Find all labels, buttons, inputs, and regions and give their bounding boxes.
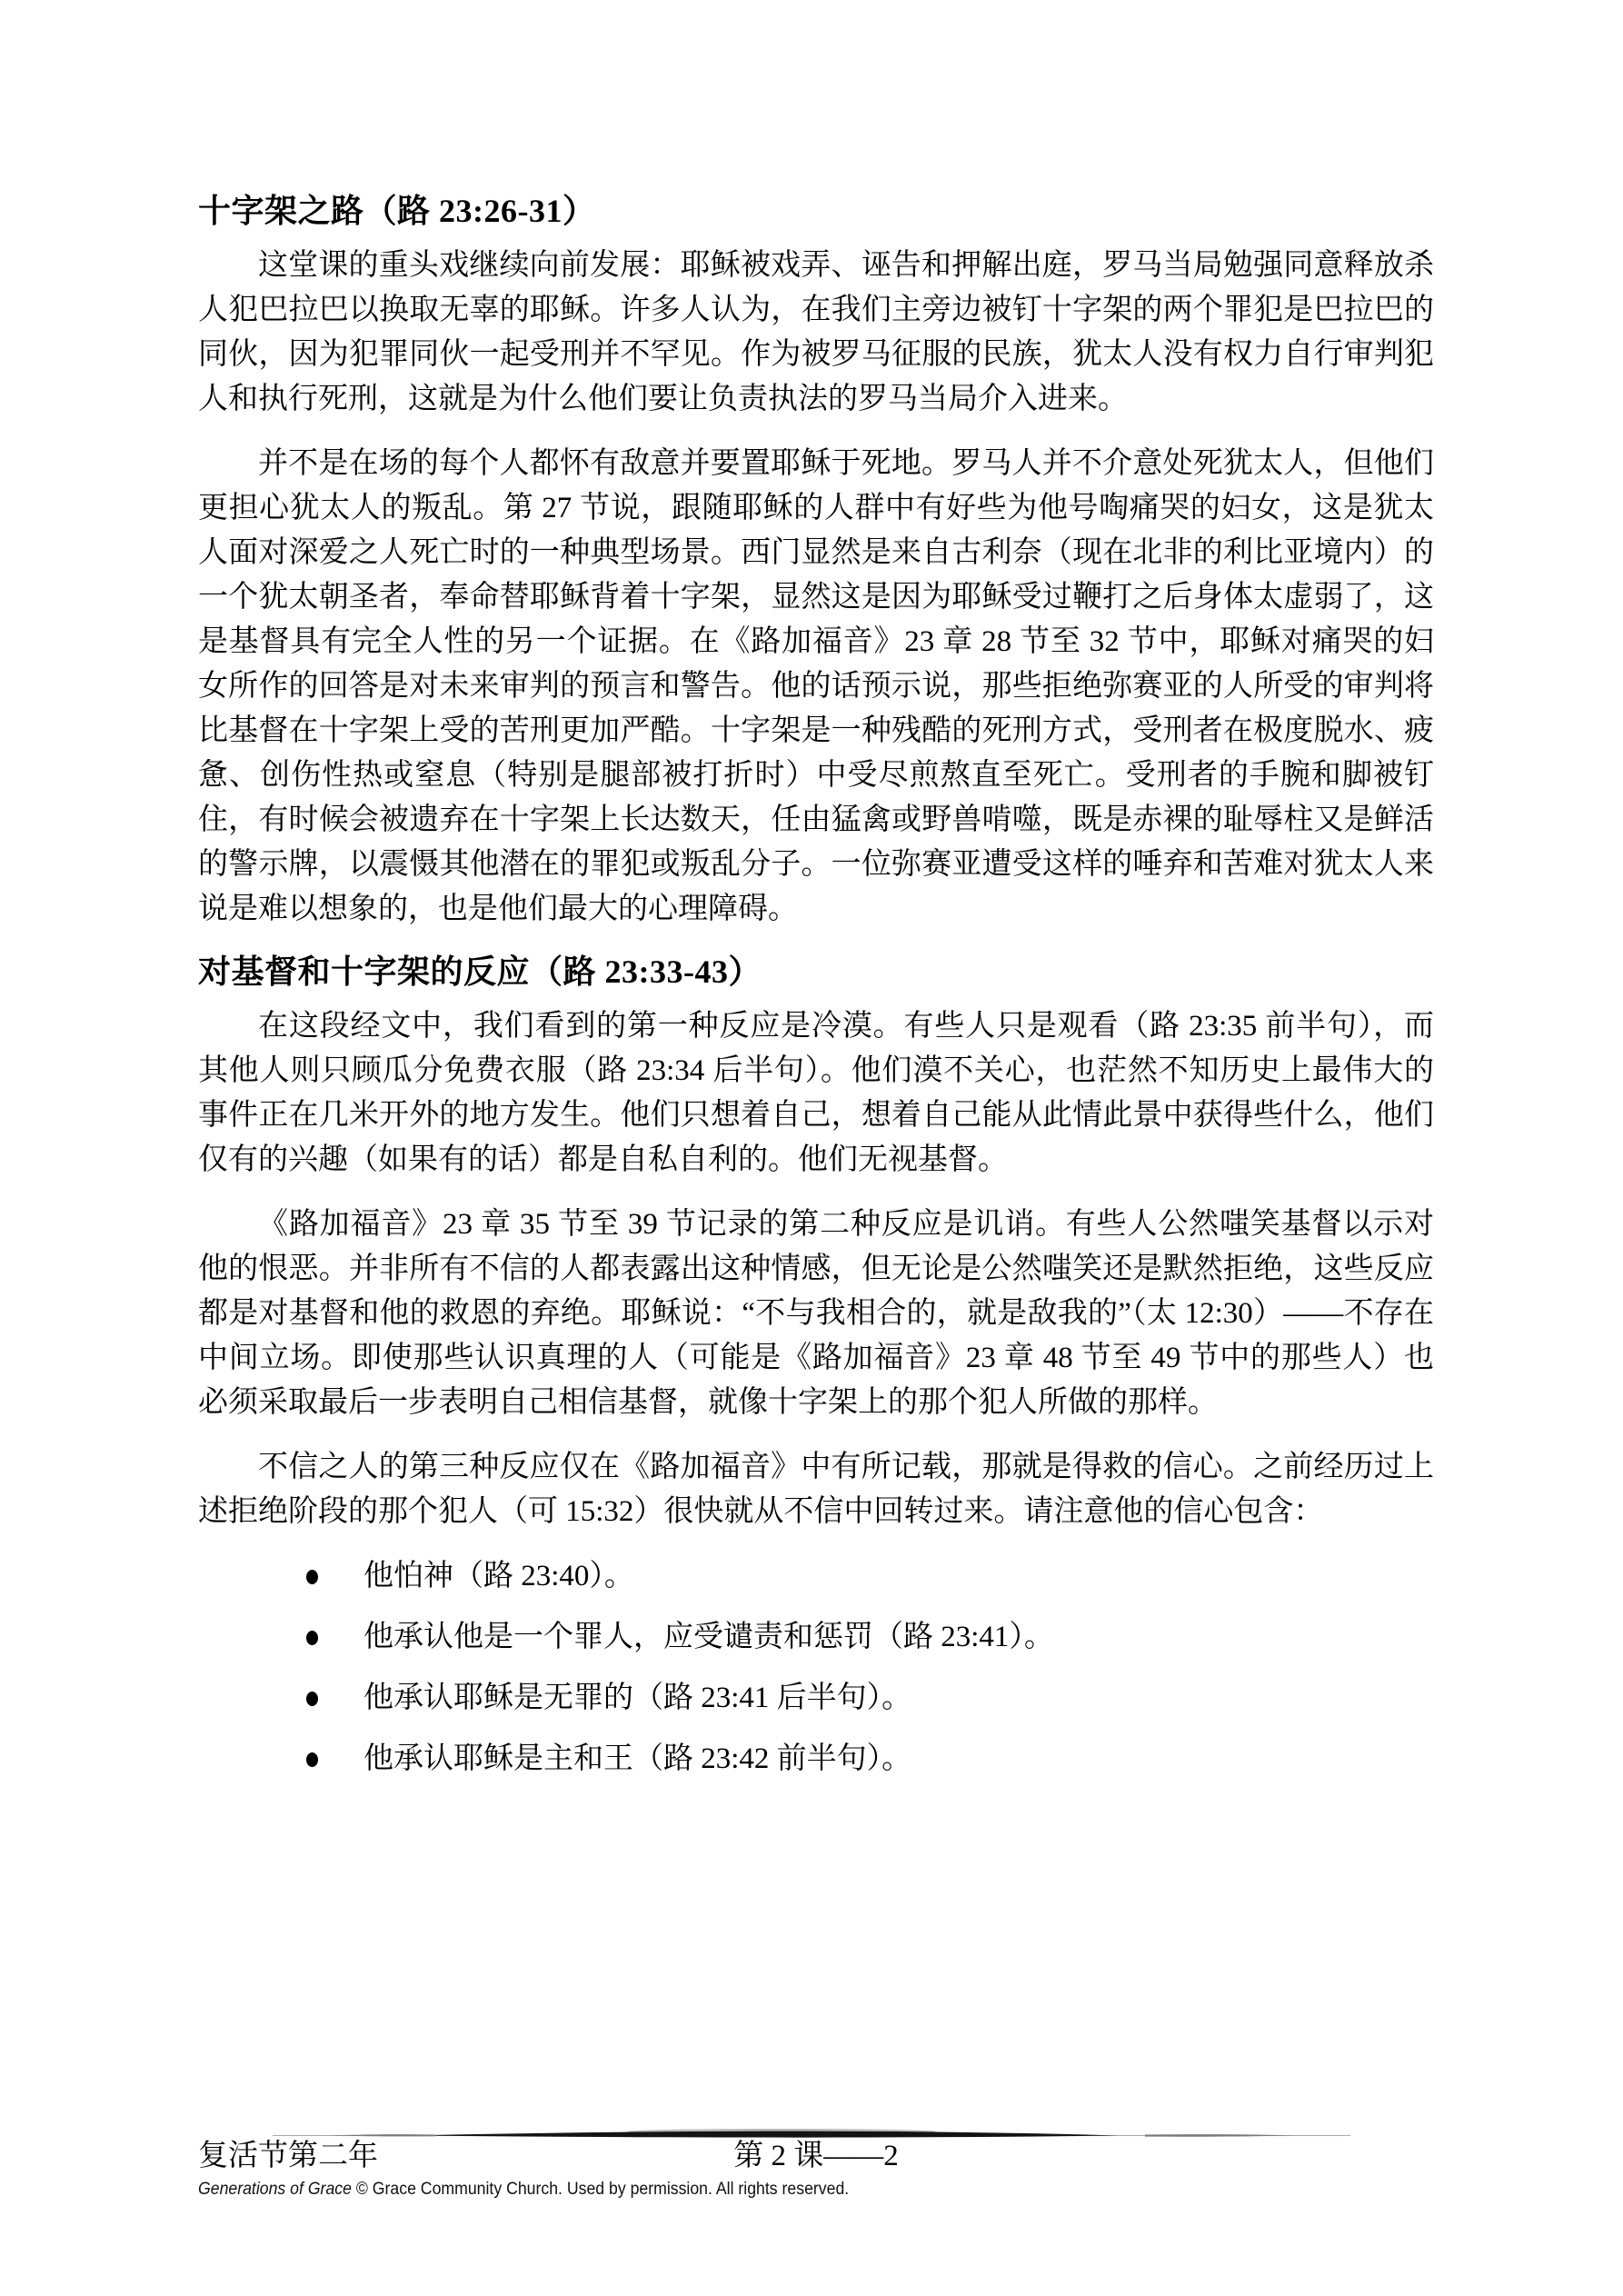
list-item: 他承认耶稣是主和王（路 23:42 前半句）。 <box>306 1737 1434 1782</box>
footer-page-number: 第 2 课——2 <box>198 2138 1434 2174</box>
bullet-icon <box>306 1692 318 1706</box>
paragraph-1: 这堂课的重头戏继续向前发展：耶稣被戏弄、诬告和押解出庭，罗马当局勉强同意释放杀人… <box>198 244 1434 422</box>
footer: 复活节第二年 第 2 课——2 <box>198 2138 1434 2174</box>
list-item-text: 他承认耶稣是主和王（路 23:42 前半句）。 <box>363 1742 911 1775</box>
list-item-text: 他承认他是一个罪人，应受谴责和惩罚（路 23:41）。 <box>363 1621 1054 1653</box>
section-heading-reactions: 对基督和十字架的反应（路 23:33-43） <box>198 952 1434 992</box>
list-item-text: 他承认耶稣是无罪的（路 23:41 后半句）。 <box>363 1682 911 1714</box>
document-body: 十字架之路（路 23:26-31） 这堂课的重头戏继续向前发展：耶稣被戏弄、诬告… <box>198 191 1434 1798</box>
list-item-text: 他怕神（路 23:40）。 <box>363 1560 634 1592</box>
list-item: 他承认他是一个罪人，应受谴责和惩罚（路 23:41）。 <box>306 1615 1434 1660</box>
paragraph-2: 并不是在场的每个人都怀有敌意并要置耶稣于死地。罗马人并不介意处死犹太人，但他们更… <box>198 442 1434 932</box>
copyright-text: © Grace Community Church. Used by permis… <box>352 2180 849 2199</box>
bullet-icon <box>306 1752 318 1767</box>
bullet-icon <box>306 1570 318 1584</box>
list-item: 他承认耶稣是无罪的（路 23:41 后半句）。 <box>306 1676 1434 1721</box>
copyright-series-title: Generations of Grace <box>198 2180 352 2199</box>
paragraph-3: 在这段经文中，我们看到的第一种反应是冷漠。有些人只是观看（路 23:35 前半句… <box>198 1004 1434 1183</box>
section-heading-way-of-the-cross: 十字架之路（路 23:26-31） <box>198 191 1434 231</box>
copyright-line: Generations of Grace © Grace Community C… <box>198 2179 849 2201</box>
bullet-icon <box>306 1631 318 1645</box>
faith-points-list: 他怕神（路 23:40）。 他承认他是一个罪人，应受谴责和惩罚（路 23:41）… <box>198 1554 1434 1782</box>
paragraph-5: 不信之人的第三种反应仅在《路加福音》中有所记载，那就是得救的信心。之前经历过上述… <box>198 1445 1434 1534</box>
paragraph-4: 《路加福音》23 章 35 节至 39 节记录的第二种反应是讥诮。有些人公然嗤笑… <box>198 1203 1434 1425</box>
document-page: 十字架之路（路 23:26-31） 这堂课的重头戏继续向前发展：耶稣被戏弄、诬告… <box>0 0 1623 2296</box>
list-item: 他怕神（路 23:40）。 <box>306 1554 1434 1599</box>
